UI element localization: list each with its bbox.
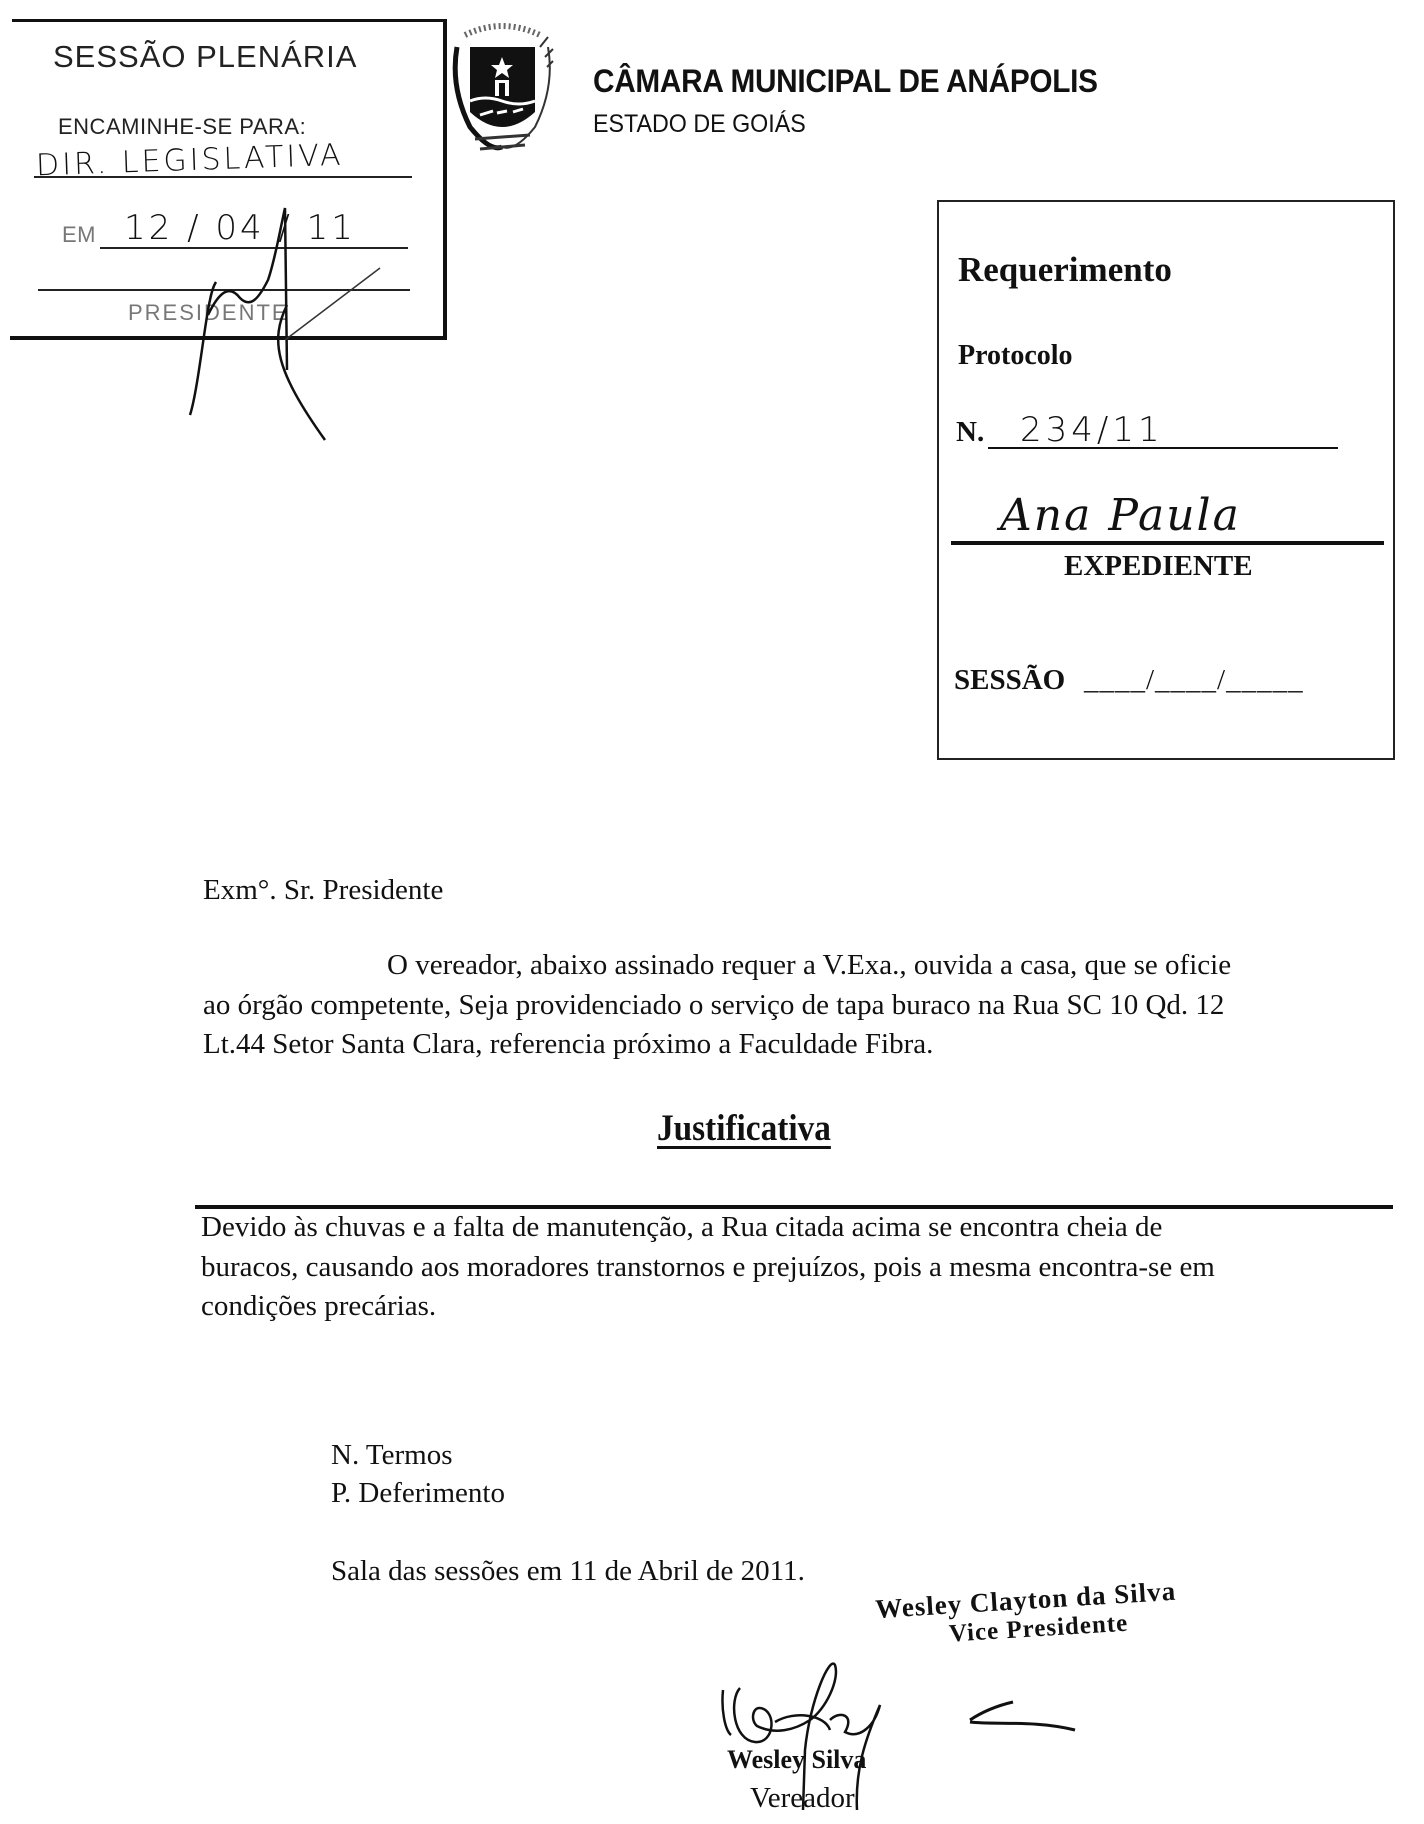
councilor-role: Vereador	[750, 1782, 855, 1815]
stamp-title: SESSÃO PLENÁRIA	[53, 39, 357, 75]
place-and-date: Sala das sessões em 11 de Abril de 2011.	[331, 1552, 805, 1592]
justification-line: buracos, causando aos moradores transtor…	[201, 1248, 1215, 1288]
stamp-forward-label: ENCAMINHE-SE PARA:	[58, 114, 306, 140]
session-label: SESSÃO	[954, 664, 1065, 697]
expediente-line	[951, 541, 1384, 545]
protocol-number-value: 234/11	[1020, 410, 1164, 450]
request-line: Lt.44 Setor Santa Clara, referencia próx…	[203, 1025, 1393, 1065]
request-line: ao órgão competente, Seja providenciado …	[203, 986, 1393, 1026]
justification-paragraph: Devido às chuvas e a falta de manutenção…	[201, 1208, 1215, 1327]
session-date-blank: ____/____/_____	[1084, 664, 1304, 697]
vice-president-stamp: Wesley Clayton da Silva Vice Presidente	[874, 1576, 1178, 1653]
institution-subtitle: ESTADO DE GOIÁS	[593, 110, 806, 139]
councilor-name: Wesley Silva	[727, 1745, 866, 1775]
request-title: Requerimento	[958, 250, 1172, 290]
request-paragraph: O vereador, abaixo assinado requer a V.E…	[203, 946, 1393, 1065]
expediente-signature: Ana Paula	[1000, 490, 1241, 541]
expediente-label: EXPEDIENTE	[1064, 550, 1253, 583]
president-signature-icon	[150, 190, 390, 450]
institution-title: CÂMARA MUNICIPAL DE ANÁPOLIS	[593, 63, 1098, 100]
closing-terms: N. Termos	[331, 1436, 452, 1476]
protocol-number-label: N.	[956, 416, 984, 449]
request-line: O vereador, abaixo assinado requer a V.E…	[203, 946, 1393, 986]
justification-line: Devido às chuvas e a falta de manutenção…	[201, 1208, 1215, 1248]
justification-line: condições precárias.	[201, 1287, 1215, 1327]
protocol-label: Protocolo	[958, 340, 1073, 372]
protocol-number-line	[988, 447, 1338, 449]
municipal-crest-icon	[445, 17, 560, 159]
closing-request: P. Deferimento	[331, 1474, 505, 1514]
stamp-forward-line	[34, 176, 412, 178]
salutation: Exm°. Sr. Presidente	[203, 871, 443, 911]
justification-title: Justificativa	[657, 1107, 831, 1150]
stamp-date-label: EM	[62, 222, 96, 248]
